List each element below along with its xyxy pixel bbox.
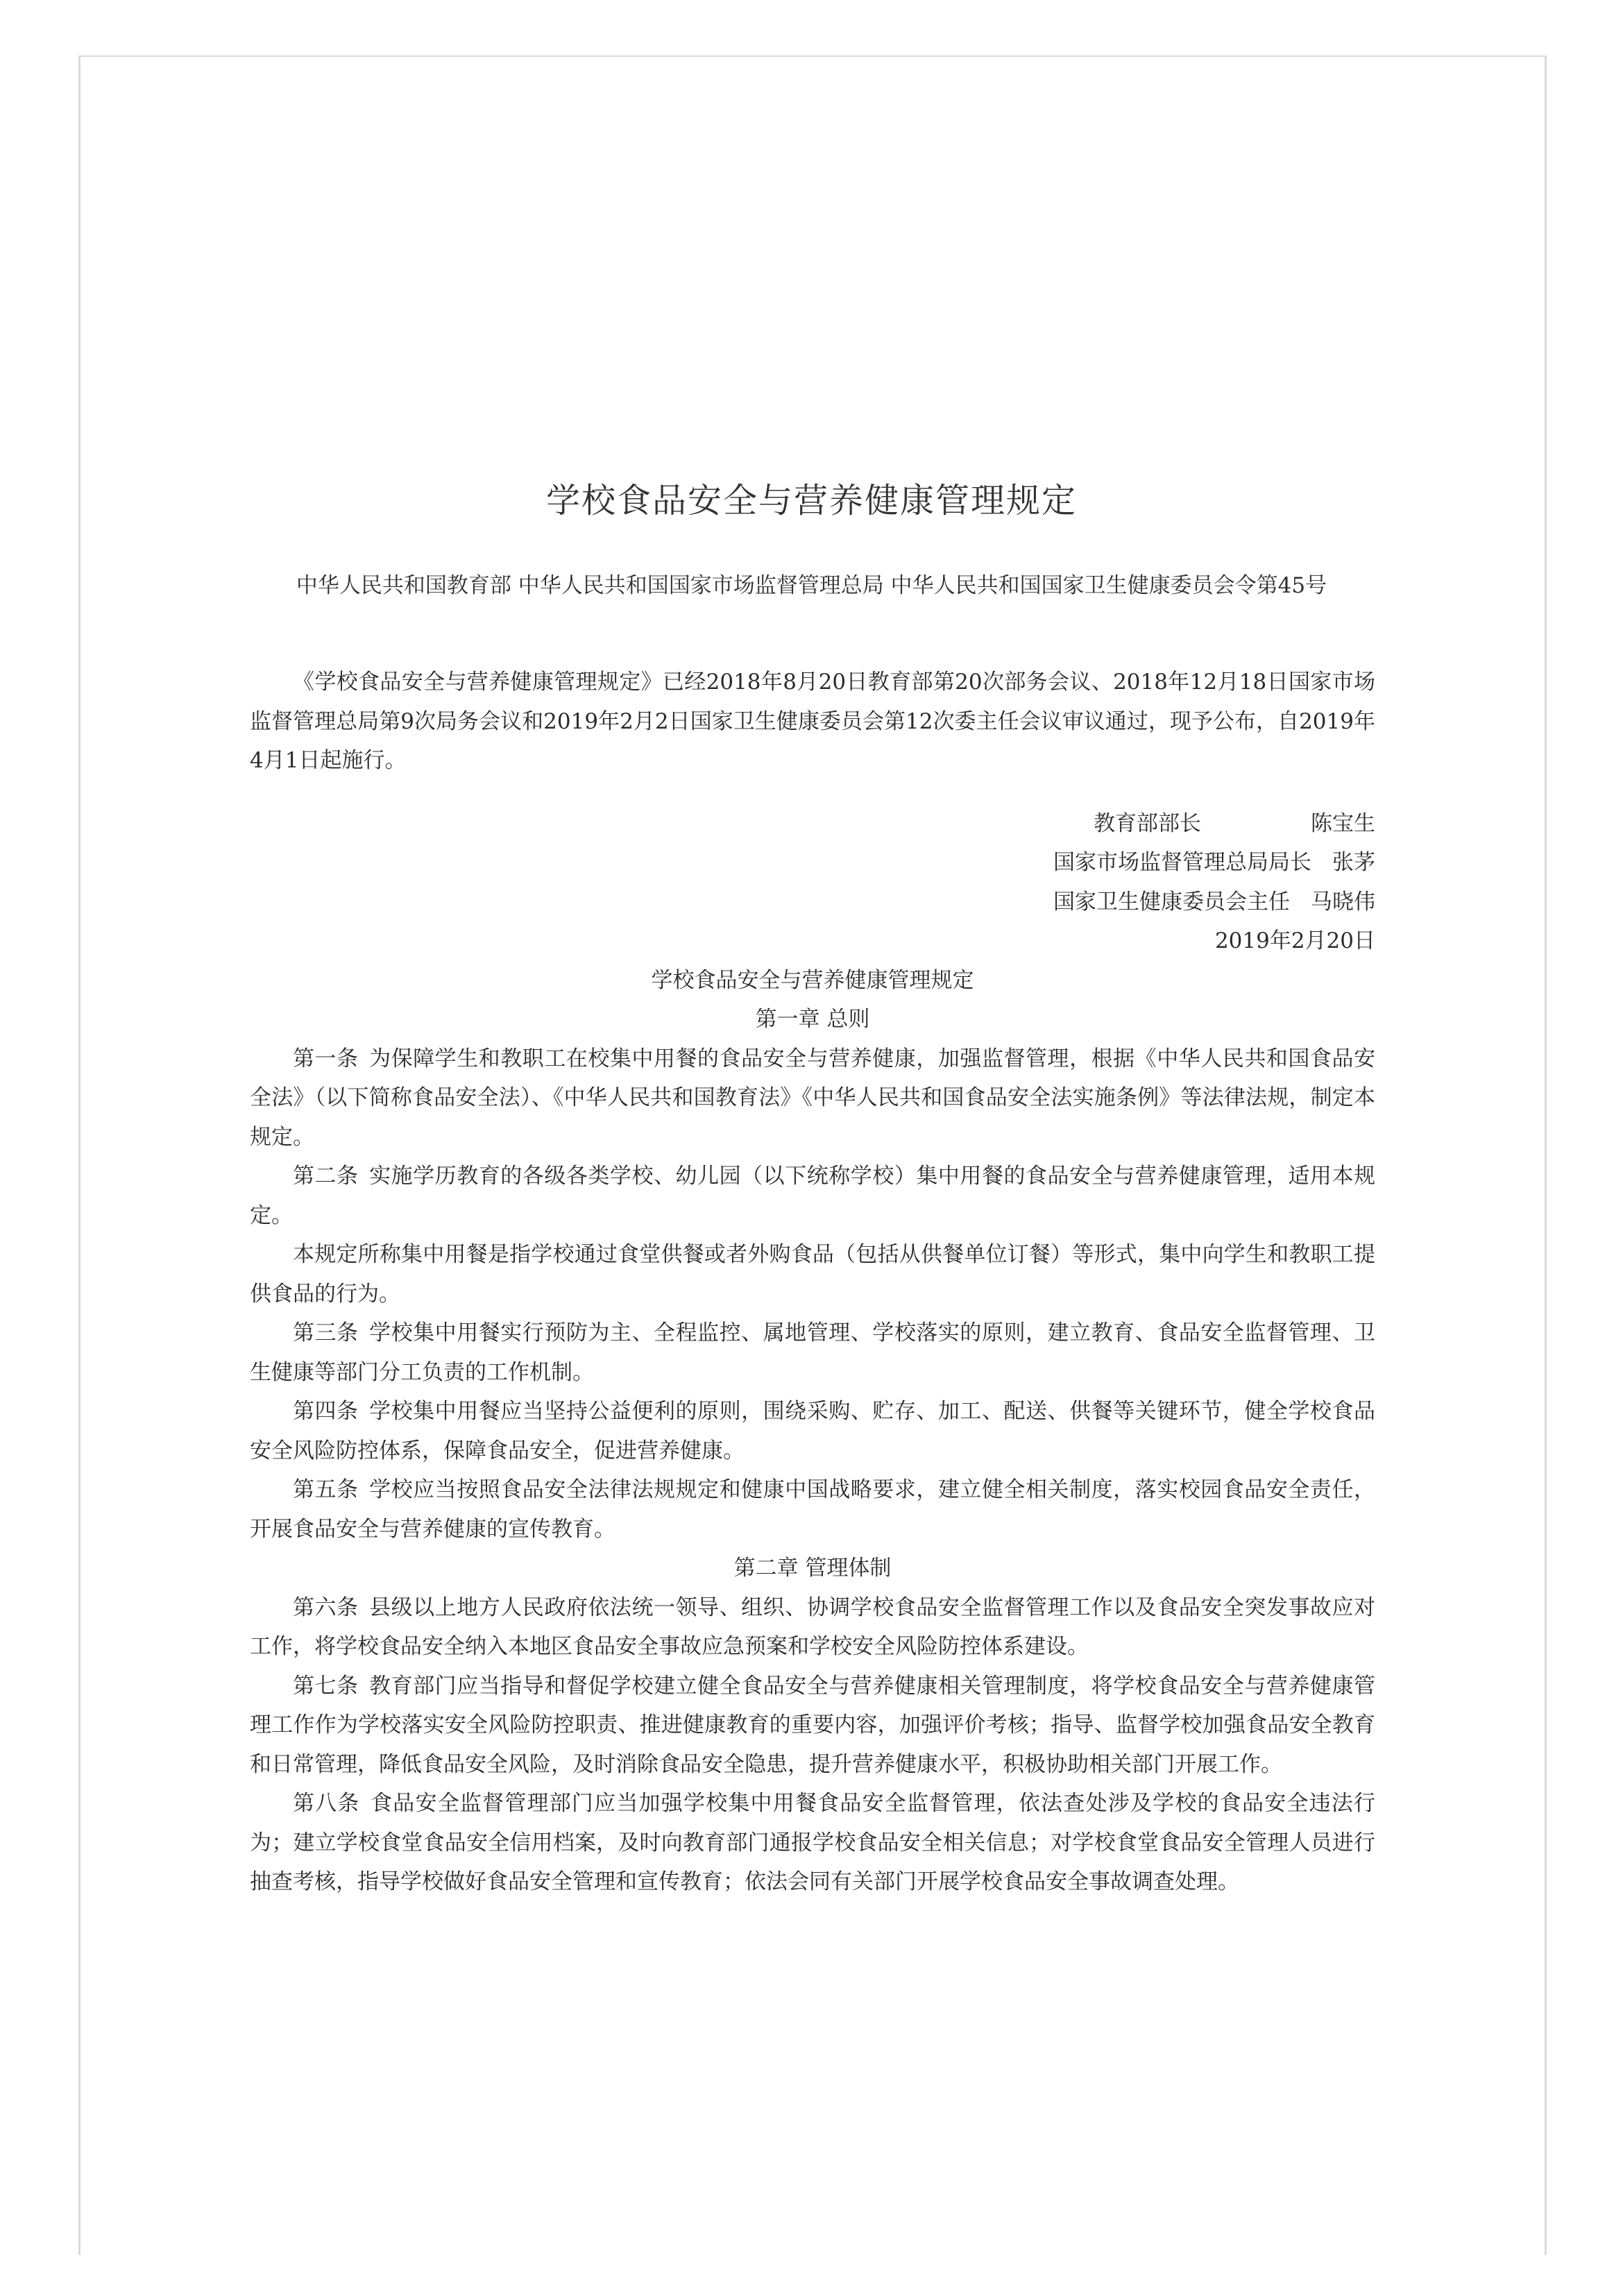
signature-row: 教育部部长 陈宝生	[250, 804, 1375, 844]
signature-row: 国家市场监督管理总局局长 张茅	[250, 843, 1375, 883]
article-paragraph: 第八条食品安全监督管理部门应当加强学校集中用餐食品安全监督管理，依法查处涉及学校…	[250, 1784, 1375, 1902]
signature-name: 张茅	[1332, 843, 1375, 883]
article-label: 第七条	[293, 1674, 359, 1699]
article-text: 为保障学生和教职工在校集中用餐的食品安全与营养健康，加强监督管理，根据《中华人民…	[250, 1046, 1375, 1150]
article-text: 县级以上地方人民政府依法统一领导、组织、协调学校食品安全监督管理工作以及食品安全…	[250, 1595, 1375, 1660]
document-body: 《学校食品安全与营养健康管理规定》已经2018年8月20日教育部第20次部务会议…	[250, 663, 1375, 1902]
article-label: 第一条	[293, 1046, 359, 1071]
decree-line: 中华人民共和国教育部 中华人民共和国国家市场监督管理总局 中华人民共和国国家卫生…	[0, 570, 1623, 601]
signature-block: 教育部部长 陈宝生 国家市场监督管理总局局长 张茅 国家卫生健康委员会主任 马晓…	[250, 804, 1375, 961]
article-text: 教育部门应当指导和督促学校建立健全食品安全与营养健康相关管理制度，将学校食品安全…	[250, 1674, 1375, 1777]
article-text: 学校集中用餐应当坚持公益便利的原则，围绕采购、贮存、加工、配送、供餐等关键环节，…	[250, 1399, 1375, 1463]
document-title: 学校食品安全与营养健康管理规定	[0, 479, 1623, 523]
article-label: 第八条	[293, 1791, 360, 1816]
signature-date: 2019年2月20日	[250, 921, 1375, 961]
chapter-heading: 第一章 总则	[250, 1000, 1375, 1039]
article-label: 第五条	[293, 1477, 359, 1502]
article-paragraph: 第五条学校应当按照食品安全法律法规规定和健康中国战略要求，建立健全相关制度，落实…	[250, 1470, 1375, 1549]
article-text: 本规定所称集中用餐是指学校通过食堂供餐或者外购食品（包括从供餐单位订餐）等形式，…	[250, 1242, 1375, 1307]
signature-role: 教育部部长	[1094, 804, 1201, 844]
article-text: 食品安全监督管理部门应当加强学校集中用餐食品安全监督管理，依法查处涉及学校的食品…	[250, 1791, 1375, 1894]
signature-name: 陈宝生	[1311, 804, 1375, 844]
article-paragraph: 本规定所称集中用餐是指学校通过食堂供餐或者外购食品（包括从供餐单位订餐）等形式，…	[250, 1235, 1375, 1313]
article-paragraph: 第四条学校集中用餐应当坚持公益便利的原则，围绕采购、贮存、加工、配送、供餐等关键…	[250, 1392, 1375, 1470]
article-paragraph: 第七条教育部门应当指导和督促学校建立健全食品安全与营养健康相关管理制度，将学校食…	[250, 1667, 1375, 1785]
signature-role: 国家卫生健康委员会主任	[1053, 883, 1290, 922]
article-text: 学校应当按照食品安全法律法规规定和健康中国战略要求，建立健全相关制度，落实校园食…	[250, 1477, 1375, 1542]
article-label: 第六条	[293, 1595, 359, 1620]
signature-role: 国家市场监督管理总局局长	[1053, 843, 1311, 883]
article-label: 第四条	[293, 1399, 359, 1424]
chapter-heading: 第二章 管理体制	[250, 1549, 1375, 1588]
article-paragraph: 第二条实施学历教育的各级各类学校、幼儿园（以下统称学校）集中用餐的食品安全与营养…	[250, 1157, 1375, 1235]
article-text: 实施学历教育的各级各类学校、幼儿园（以下统称学校）集中用餐的食品安全与营养健康管…	[250, 1164, 1375, 1228]
article-paragraph: 第六条县级以上地方人民政府依法统一领导、组织、协调学校食品安全监督管理工作以及食…	[250, 1588, 1375, 1667]
article-text: 学校集中用餐实行预防为主、全程监控、属地管理、学校落实的原则，建立教育、食品安全…	[250, 1320, 1375, 1385]
signature-name: 马晓伟	[1311, 883, 1375, 922]
body-title: 学校食品安全与营养健康管理规定	[250, 961, 1375, 1001]
promulgation-paragraph: 《学校食品安全与营养健康管理规定》已经2018年8月20日教育部第20次部务会议…	[250, 663, 1375, 781]
signature-row: 国家卫生健康委员会主任 马晓伟	[250, 883, 1375, 922]
article-paragraph: 第一条为保障学生和教职工在校集中用餐的食品安全与营养健康，加强监督管理，根据《中…	[250, 1039, 1375, 1157]
article-label: 第二条	[293, 1164, 359, 1189]
article-paragraph: 第三条学校集中用餐实行预防为主、全程监控、属地管理、学校落实的原则，建立教育、食…	[250, 1313, 1375, 1392]
article-label: 第三条	[293, 1320, 359, 1345]
